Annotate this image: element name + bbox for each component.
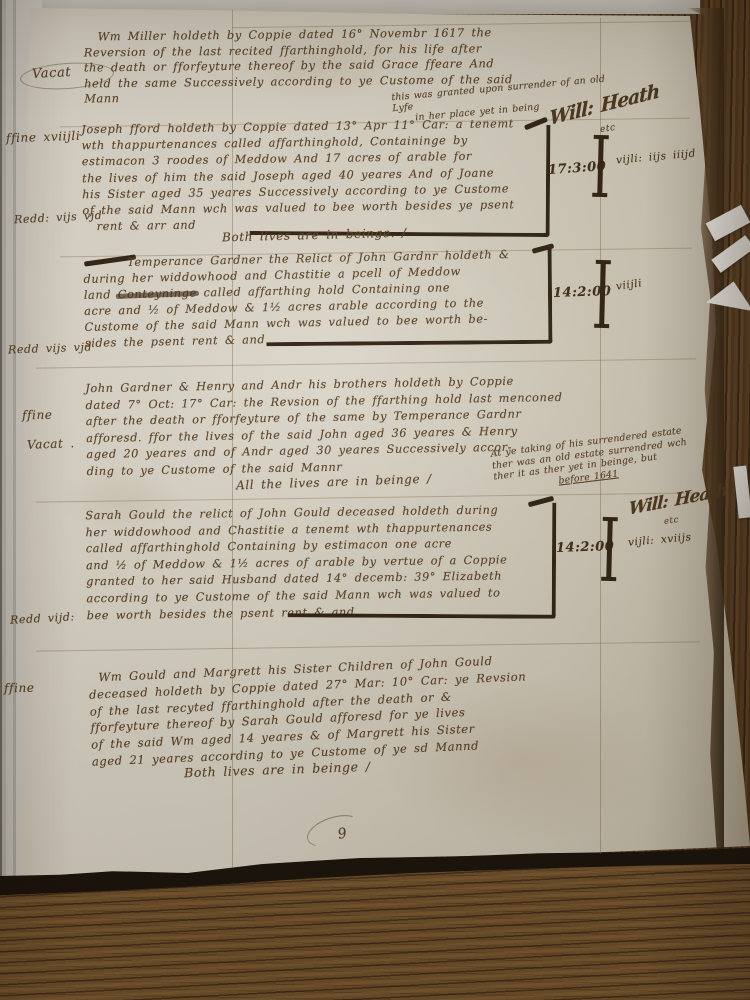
margin-note-vacat: Vacat . [27,436,75,452]
struck-word: Conteyninge [118,287,197,302]
margin-note-fine: ffine [4,681,35,696]
acreage-value: 14:2:00 [556,539,615,556]
margin-note-vacat: Vacat [32,65,72,82]
entry-line-part: land [84,288,112,302]
entry-bracket [288,501,557,618]
signature-etc: etc [663,515,679,527]
entry-william-margrett-gould: Wm Gould and Margrett his Sister Childre… [88,650,554,770]
manuscript-photo: Vacat Wm Miller holdeth by Coppie dated … [0,0,750,1000]
entry-bracket [266,246,553,346]
cloth-tie [733,465,750,518]
entry-bracket [250,123,551,237]
margin-note-fine: ffine xviijli [6,129,81,146]
margin-note-fine: ffine [22,408,53,423]
